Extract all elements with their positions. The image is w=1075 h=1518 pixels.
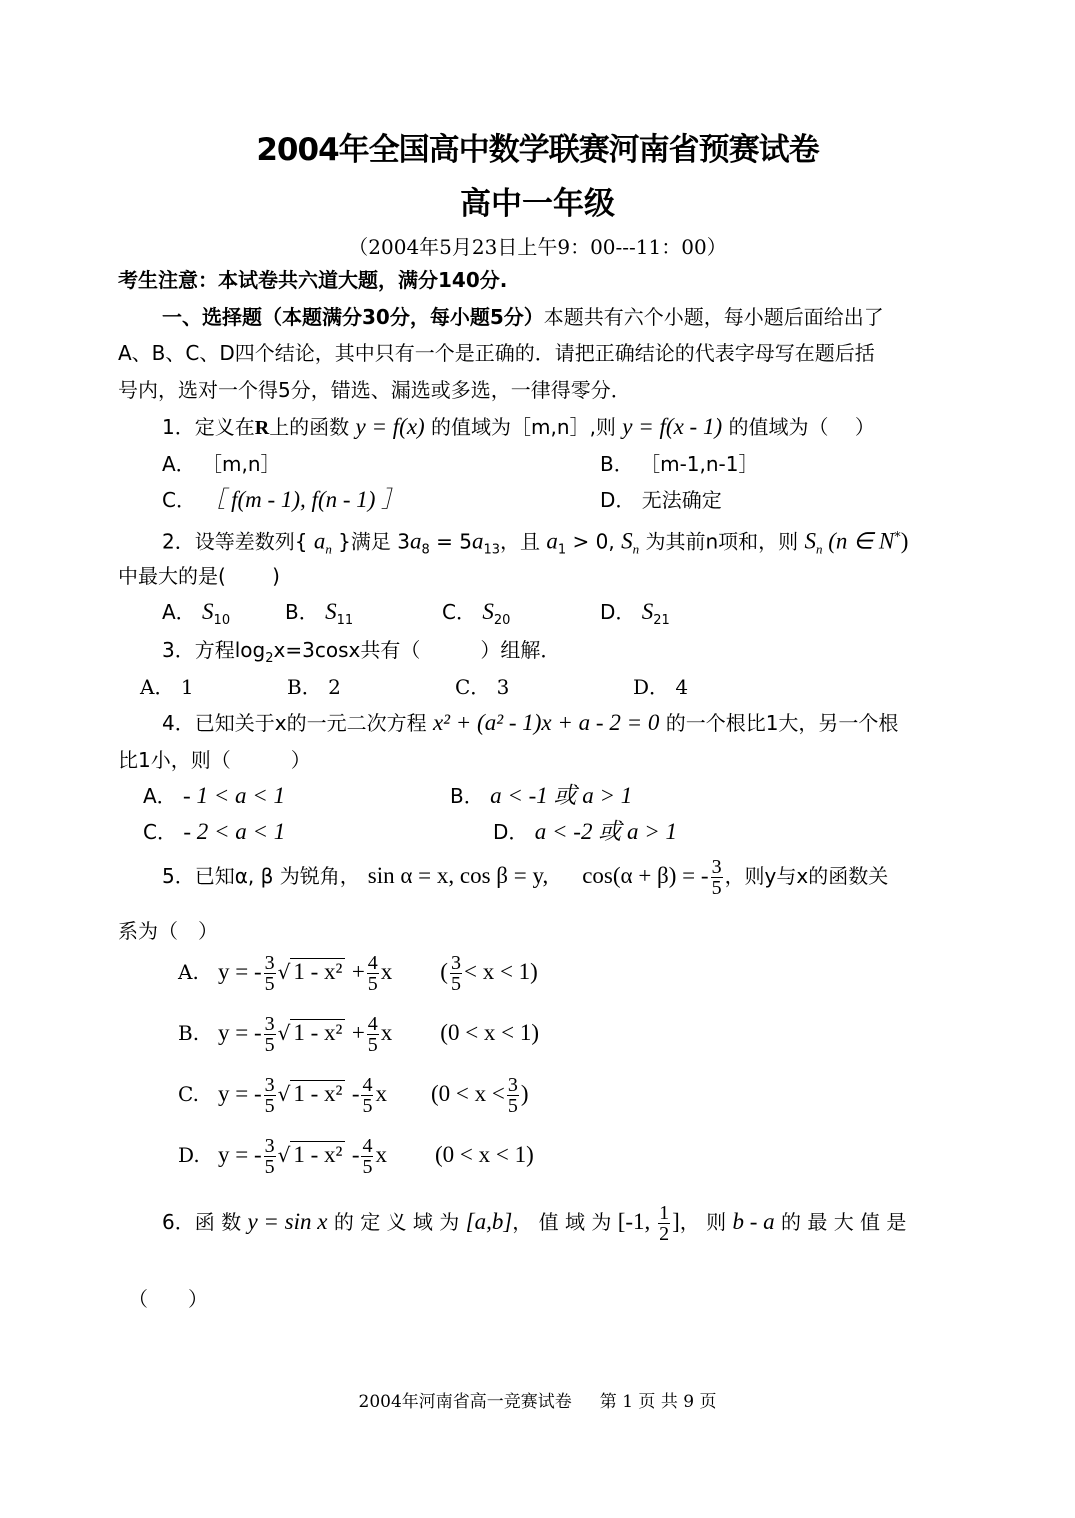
page-number: 第 1 页 共 9 页 — [600, 1392, 717, 1412]
question-3: 3．方程log2x=3cosx共有（ ）组解． — [162, 638, 560, 671]
q2-option-a: A． S10 — [162, 600, 230, 633]
question-5: 5．已知α, β 为锐角，sin α = x, cos β = y,cos(α … — [162, 857, 888, 898]
question-2: 2．设等差数列{ an }满足 3a8 = 5a13，且 a1 > 0, Sn … — [162, 526, 908, 563]
notice: 考生注意：本试卷共六道大题，满分140分. — [118, 268, 507, 292]
page-footer: 2004年河南省高一竞赛试卷第 1 页 共 9 页 — [0, 1387, 1075, 1412]
exam-title: 2004年全国高中数学联赛河南省预赛试卷 — [0, 124, 1075, 169]
q2-option-b: B． S11 — [285, 600, 353, 633]
q3-option-a: A． 1 — [140, 675, 194, 699]
grade-title: 高中一年级 — [0, 178, 1075, 223]
q1-option-b: B． ［m-1,n-1］ — [600, 452, 759, 476]
question-1: 1．定义在R上的函数 y = f(x) 的值域为［m,n］,则 y = f(x … — [162, 415, 875, 440]
q1-option-d: D． 无法确定 — [600, 488, 722, 512]
section-intro-line-3: 号内，选对一个得5分，错选、漏选或多选，一律得零分． — [118, 378, 631, 402]
q1-option-a: A． ［m,n］ — [162, 452, 281, 476]
q4-option-b: B． a < -1 或 a > 1 — [450, 784, 632, 808]
q2-option-d: D． S21 — [600, 600, 670, 633]
q5-option-a: A.y = -35√1 - x² +45x(35< x < 1) — [178, 953, 538, 994]
q4-option-a: A． - 1 < a < 1 — [143, 784, 285, 808]
q3-option-d: D． 4 — [633, 675, 688, 699]
section-intro-line-2: A、B、C、D四个结论，其中只有一个是正确的．请把正确结论的代表字母写在题后括 — [118, 341, 875, 365]
question-2-cont: 中最大的是( ) — [118, 564, 280, 588]
question-6-cont: （ ） — [128, 1287, 208, 1311]
question-6: 6．函 数 y = sin x 的 定 义 域 为 [a,b]， 值 域 为 [… — [162, 1203, 906, 1244]
question-4-cont: 比1小，则（ ） — [118, 748, 311, 772]
q4-option-c: C． - 2 < a < 1 — [143, 820, 285, 844]
q3-option-b: B． 2 — [287, 675, 341, 699]
section-intro-line-1: 一、选择题（本题满分30分，每小题5分）本题共有六个小题，每小题后面给出了 — [162, 305, 884, 329]
q1-option-c: C． ［ f(m - 1), f(n - 1) ］ — [162, 488, 404, 512]
section-heading: 一、选择题（本题满分30分，每小题5分） — [162, 305, 544, 329]
q3-option-c: C． 3 — [455, 675, 509, 699]
question-4: 4．已知关于x的一元二次方程 x² + (a² - 1)x + a - 2 = … — [162, 711, 898, 735]
q5-option-b: B.y = -35√1 - x² +45x(0 < x < 1) — [178, 1014, 539, 1055]
q2-option-c: C． S20 — [442, 600, 510, 633]
footer-title: 2004年河南省高一竞赛试卷 — [359, 1392, 572, 1412]
q5-option-c: C.y = -35√1 - x² -45x(0 < x <35) — [178, 1075, 529, 1116]
question-5-cont: 系为（ ） — [118, 919, 218, 943]
q5-option-d: D.y = -35√1 - x² -45x(0 < x < 1) — [178, 1136, 534, 1177]
q4-option-d: D． a < -2 或 a > 1 — [493, 820, 677, 844]
exam-time: （2004年5月23日上午9：00---11：00） — [0, 231, 1075, 260]
